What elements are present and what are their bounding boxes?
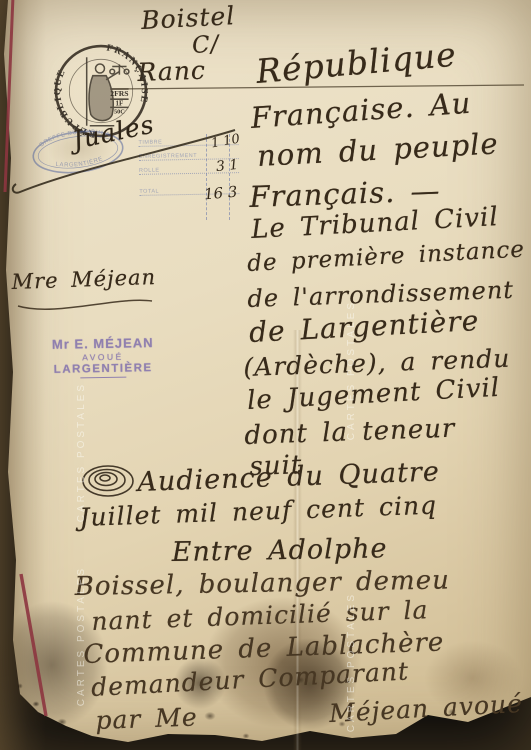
scanned-document: Boistel C/ Ranc RÉPUBLIQUE FRANÇAISE [0, 0, 531, 750]
watermark-text: CARTES POSTALES [346, 592, 357, 732]
case-versus: C/ [191, 31, 220, 59]
fee-amount: 3 1 [215, 157, 239, 175]
watermark-text: CARTES POSTALES [76, 382, 87, 522]
manuscript-line: Entre Adolphe [171, 533, 387, 568]
stamp-value-top: 2FRS [110, 89, 128, 98]
case-plaintiff: Boistel [140, 1, 235, 35]
attorney-rubber-stamp: Mr E. MÉJEAN AVOUÉ LARGENTIÈRE [44, 335, 163, 380]
fee-amount: 16 3 [203, 183, 238, 204]
attorney-stamp-city: LARGENTIÈRE [44, 362, 162, 376]
watermark-text: CARTES POSTALES [346, 300, 357, 440]
fee-column-rule [206, 134, 207, 220]
margin-attorney-note: Mre Méjean [11, 265, 156, 294]
watermark-text: CARTES POSTALES [76, 566, 87, 706]
manuscript-line: par Me [95, 702, 198, 735]
stamp-value-mid: 1F [116, 99, 124, 107]
attorney-stamp-title: AVOUÉ [44, 351, 162, 363]
attorney-stamp-name: Mr E. MÉJEAN [44, 335, 162, 352]
